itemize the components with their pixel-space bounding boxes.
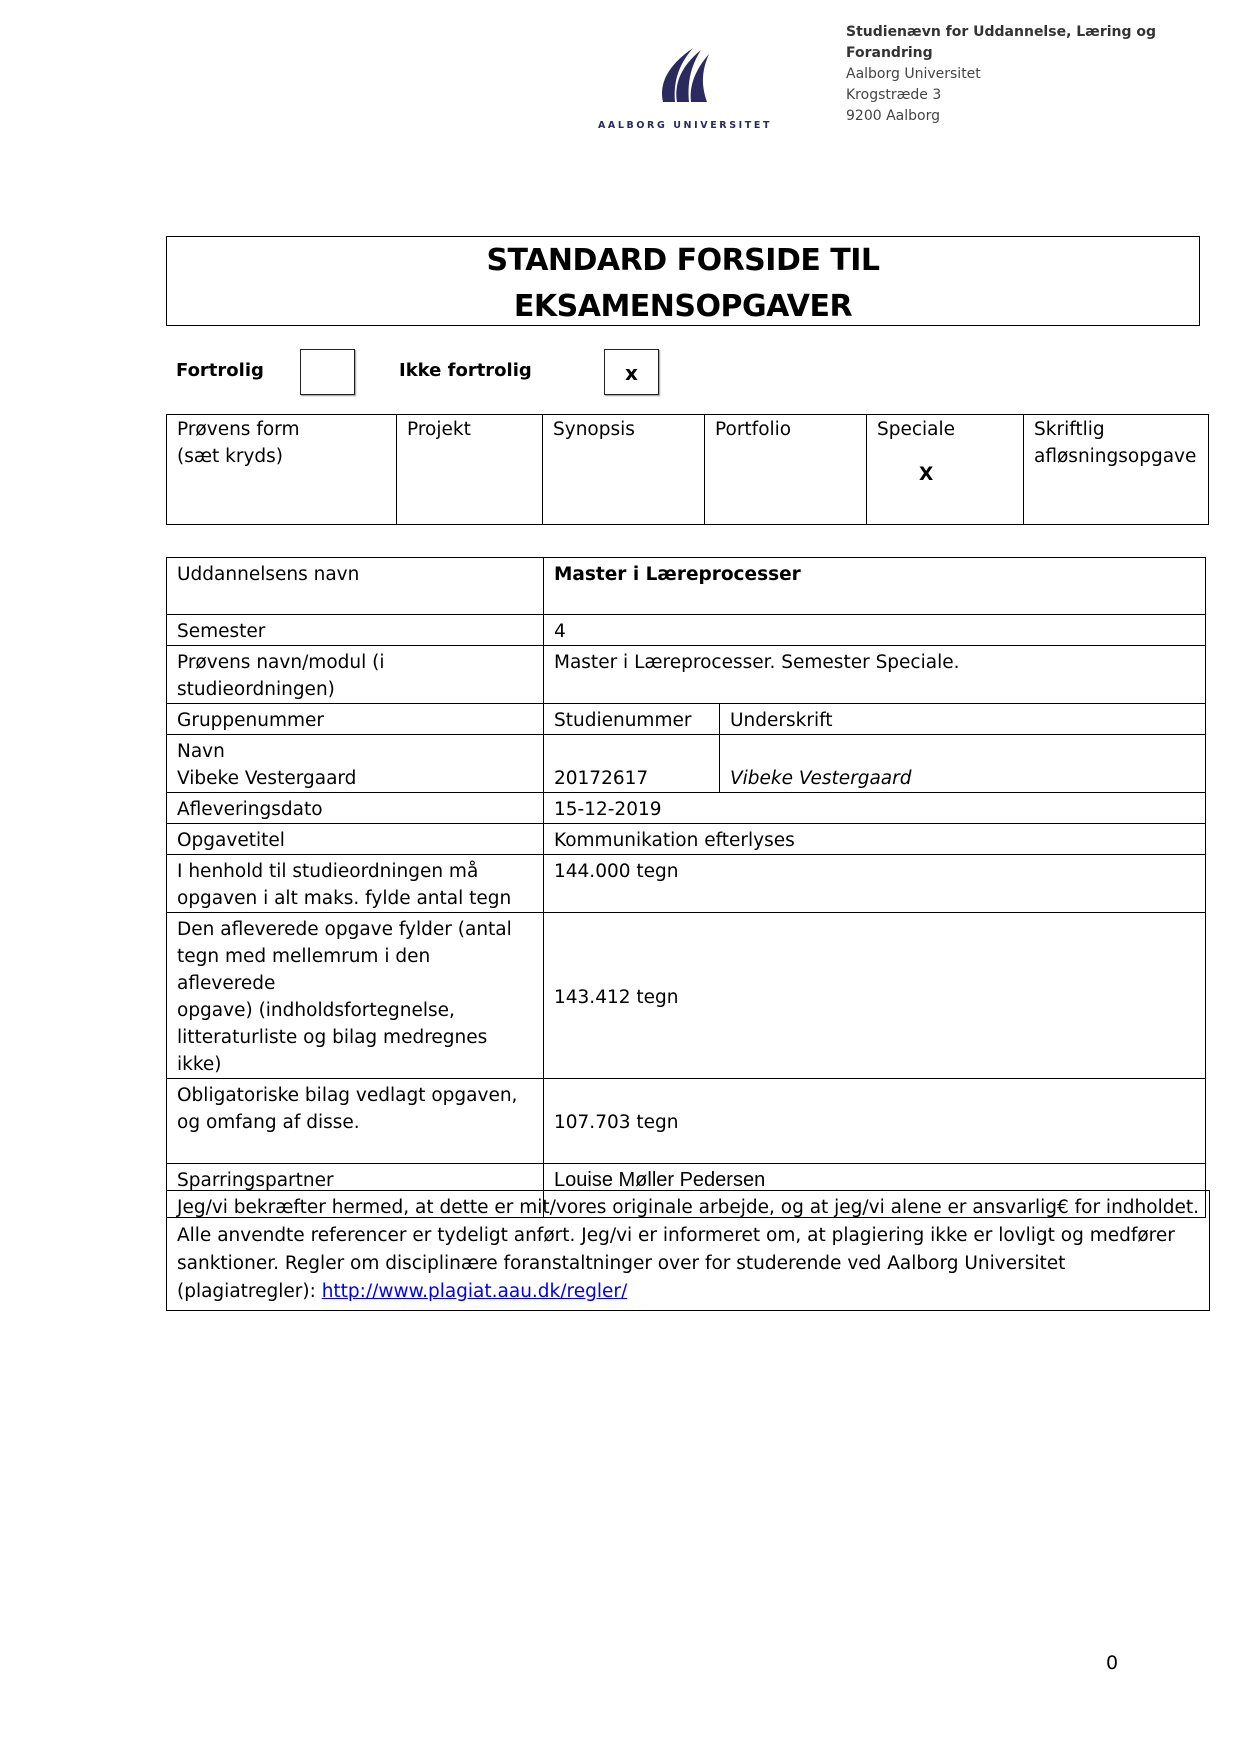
group-number-label: Gruppenummer — [167, 704, 544, 735]
university-logo: AALBORG UNIVERSITET — [590, 44, 780, 131]
max-chars-label: I henhold til studieordningen må opgaven… — [167, 855, 544, 913]
education-value: Master i Læreprocesser — [544, 558, 1206, 615]
education-label: Uddannelsens navn — [167, 558, 544, 615]
document-title-line2: EKSAMENSOPGAVER — [167, 285, 1199, 329]
exam-form-option-skriftlig[interactable]: Skriftlig afløsningsopgave — [1024, 415, 1209, 525]
exam-name-label: Prøvens navn/modul (i studieordningen) — [167, 646, 544, 704]
exam-form-header-cell: Prøvens form (sæt kryds) — [167, 415, 397, 525]
table-row: Obligatoriske bilag vedlagt opgaven, og … — [167, 1079, 1206, 1164]
address-department: Studienævn for Uddannelse, Læring og For… — [846, 22, 1240, 64]
table-row: Opgavetitel Kommunikation efterlyses — [167, 824, 1206, 855]
confidential-label: Fortrolig — [176, 360, 264, 381]
table-row: Prøvens form (sæt kryds) Projekt Synopsi… — [167, 415, 1209, 525]
actual-chars-label-line3: opgave) (indholdsfortegnelse, — [177, 997, 533, 1024]
option-label: Speciale — [877, 416, 1013, 443]
exam-name-label-line1: Prøvens navn/modul (i — [177, 649, 533, 676]
exam-form-option-speciale[interactable]: Speciale X — [867, 415, 1024, 525]
table-row: Afleveringsdato 15-12-2019 — [167, 793, 1206, 824]
due-date-label: Afleveringsdato — [167, 793, 544, 824]
signature-label: Underskrift — [720, 704, 1206, 735]
table-row: Den afleverede opgave fylder (antal tegn… — [167, 913, 1206, 1079]
address-university: Aalborg Universitet — [846, 64, 1240, 85]
appendix-value: 107.703 tegn — [544, 1079, 1206, 1164]
exam-form-option-projekt[interactable]: Projekt — [397, 415, 543, 525]
exam-form-header: Prøvens form — [177, 416, 386, 443]
not-confidential-label: Ikke fortrolig — [399, 360, 532, 381]
option-label: Synopsis — [553, 416, 694, 443]
table-row: I henhold til studieordningen må opgaven… — [167, 855, 1206, 913]
exam-name-label-line2: studieordningen) — [177, 676, 533, 703]
assignment-title-label: Opgavetitel — [167, 824, 544, 855]
max-chars-value: 144.000 tegn — [544, 855, 1206, 913]
not-confidential-checkbox[interactable]: x — [604, 349, 659, 395]
max-chars-label-line1: I henhold til studieordningen må — [177, 858, 533, 885]
signature-value: Vibeke Vestergaard — [720, 735, 1206, 793]
aau-wave-logo-icon — [657, 44, 713, 106]
exam-form-table: Prøvens form (sæt kryds) Projekt Synopsi… — [166, 414, 1209, 525]
appendix-label: Obligatoriske bilag vedlagt opgaven, og … — [167, 1079, 544, 1164]
address-city: 9200 Aalborg — [846, 106, 1240, 127]
actual-chars-value: 143.412 tegn — [544, 913, 1206, 1079]
semester-value: 4 — [544, 615, 1206, 646]
option-label: Portfolio — [715, 416, 856, 443]
plagiarism-statement: Jeg/vi bekræfter hermed, at dette er mit… — [166, 1190, 1210, 1311]
table-row: Prøvens navn/modul (i studieordningen) M… — [167, 646, 1206, 704]
appendix-label-line1: Obligatoriske bilag vedlagt opgaven, — [177, 1082, 533, 1109]
document-title-line1: STANDARD FORSIDE TIL — [167, 239, 1199, 283]
table-row: Semester 4 — [167, 615, 1206, 646]
table-row: Navn Vibeke Vestergaard 20172617 Vibeke … — [167, 735, 1206, 793]
semester-label: Semester — [167, 615, 544, 646]
table-row: Uddannelsens navn Master i Læreprocesser — [167, 558, 1206, 615]
document-title-box: STANDARD FORSIDE TIL EKSAMENSOPGAVER — [166, 236, 1200, 326]
option-label-line2: afløsningsopgave — [1034, 443, 1198, 470]
table-row: Gruppenummer Studienummer Underskrift — [167, 704, 1206, 735]
department-address: Studienævn for Uddannelse, Læring og For… — [846, 22, 1240, 127]
page-number: 0 — [1106, 1652, 1118, 1674]
exam-form-subheader: (sæt kryds) — [177, 443, 386, 470]
max-chars-label-line2: opgaven i alt maks. fylde antal tegn — [177, 885, 533, 912]
due-date-value: 15-12-2019 — [544, 793, 1206, 824]
actual-chars-label: Den afleverede opgave fylder (antal tegn… — [167, 913, 544, 1079]
logo-wordmark: AALBORG UNIVERSITET — [590, 120, 780, 131]
option-label: Projekt — [407, 416, 532, 443]
plagiarism-rules-link[interactable]: http://www.plagiat.aau.dk/regler/ — [322, 1281, 627, 1302]
exam-info-table: Uddannelsens navn Master i Læreprocesser… — [166, 557, 1206, 1218]
name-label: Navn — [177, 738, 533, 765]
exam-form-option-portfolio[interactable]: Portfolio — [705, 415, 867, 525]
actual-chars-label-line1: Den afleverede opgave fylder (antal — [177, 916, 533, 943]
student-name-cell: Navn Vibeke Vestergaard — [167, 735, 544, 793]
student-name: Vibeke Vestergaard — [177, 765, 533, 792]
exam-name-value: Master i Læreprocesser. Semester Special… — [544, 646, 1206, 704]
actual-chars-label-line4: litteraturliste og bilag medregnes ikke) — [177, 1024, 533, 1078]
option-mark: X — [919, 461, 1013, 488]
address-street: Krogstræde 3 — [846, 85, 1240, 106]
assignment-title-value: Kommunikation efterlyses — [544, 824, 1206, 855]
appendix-label-line2: og omfang af disse. — [177, 1109, 533, 1136]
actual-chars-label-line2: tegn med mellemrum i den afleverede — [177, 943, 533, 997]
confidential-checkbox[interactable] — [300, 349, 355, 395]
option-label-line1: Skriftlig — [1034, 416, 1198, 443]
student-number-value: 20172617 — [544, 735, 720, 793]
exam-form-option-synopsis[interactable]: Synopsis — [543, 415, 705, 525]
student-number-label: Studienummer — [544, 704, 720, 735]
